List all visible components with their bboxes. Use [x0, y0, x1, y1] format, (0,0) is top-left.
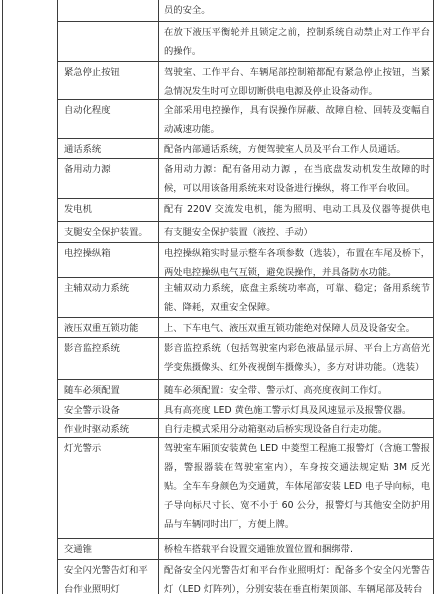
spec-label-cell: 作业时驱动系统	[58, 419, 159, 437]
spec-label-cell: 发电机	[58, 199, 159, 221]
document-page: 员的安全。在放下液压平衡轮并且锁定之前，控制系统自动禁止对工作平台的操作。紧急停…	[0, 0, 436, 594]
spec-desc-cell: 备用动力源：配有备用动力源 ，在当底盘发动机发生故障的时候，可以用该备用系统来对…	[159, 159, 433, 198]
table-row: 发电机配有 220V 交流发电机，能为照明、电动工具及仪器等提供电源。	[58, 199, 433, 222]
table-row: 作业时驱动系统自行走模式采用分动箱驱动后桥实现设备自行走功能。	[58, 419, 433, 438]
table-row: 液压双重互锁功能上、下车电气、液压双重互锁功能绝对保障人员及设备安全。	[58, 318, 433, 338]
spec-desc-cell: 影音监控系统（包括驾驶室内彩色液晶显示屏、平台上方高倍光学变焦摄像头、红外夜视倒…	[159, 338, 433, 379]
spec-desc-cell: 自行走模式采用分动箱驱动后桥实现设备自行走功能。	[159, 419, 433, 437]
spec-desc-cell: 上、下车电气、液压双重互锁功能绝对保障人员及设备安全。	[159, 318, 433, 337]
spec-label-cell: 影音监控系统	[58, 338, 159, 379]
table-row: 安全警示设备具有高亮度 LED 黄色施工警示灯具及风速显示及报警仪器。	[58, 400, 433, 419]
spec-label-cell: 交通锥	[58, 539, 159, 559]
spec-label-cell	[58, 22, 159, 61]
table-row: 支腿安全保护装置。有支腿安全保护装置（液控、手动）	[58, 222, 433, 243]
spec-desc-cell: 桥检车搭载平台设置交通锥放置位置和捆绑带.	[159, 539, 433, 559]
table-row: 备用动力源备用动力源：配有备用动力源 ，在当底盘发动机发生故障的时候，可以用该备…	[58, 159, 433, 199]
table-row: 员的安全。	[58, 0, 433, 22]
table-row: 影音监控系统影音监控系统（包括驾驶室内彩色液晶显示屏、平台上方高倍光学变焦摄像头…	[58, 338, 433, 380]
table-row: 安全闪光警告灯和平台作业照明灯配备安全闪光警告灯和平台作业照明灯：配备多个安全闪…	[58, 560, 433, 594]
spec-desc-cell: 具有高亮度 LED 黄色施工警示灯具及风速显示及报警仪器。	[159, 400, 433, 418]
spec-label-cell	[58, 0, 159, 21]
spec-desc-cell: 配备内部通话系统，方便驾驶室人员及平台工作人员通话。	[159, 139, 433, 158]
spec-desc-cell: 配备安全闪光警告灯和平台作业照明灯：配备多个安全闪光警告灯（LED 灯阵列），分…	[159, 560, 433, 594]
spec-table: 员的安全。在放下液压平衡轮并且锁定之前，控制系统自动禁止对工作平台的操作。紧急停…	[2, 0, 434, 594]
spec-desc-cell: 电控操纵箱实时显示整车各项参数（选装），布置在车尾及桥下，两处电控操纵电气互锁，…	[159, 243, 433, 277]
table-row: 在放下液压平衡轮并且锁定之前，控制系统自动禁止对工作平台的操作。	[58, 22, 433, 62]
spec-desc-cell: 在放下液压平衡轮并且锁定之前，控制系统自动禁止对工作平台的操作。	[159, 22, 433, 61]
table-row: 灯光警示驾驶室车厢顶安装黄色 LED 中菱型工程施工报警灯（含施工警报器，警报器…	[58, 438, 433, 539]
table-row: 紧急停止按钮驾驶室、工作平台、车辆尾部控制箱都配有紧急停止按钮，当紧急情况发生时…	[58, 62, 433, 100]
spec-label-cell: 通话系统	[58, 139, 159, 158]
merged-empty-cell	[3, 0, 58, 594]
spec-label-cell: 安全闪光警告灯和平台作业照明灯	[58, 560, 159, 594]
spec-desc-cell: 员的安全。	[159, 0, 433, 21]
spec-desc-cell: 主辅双动力系统，底盘主系统功率高，可靠、稳定；备用系统节能、降耗，双重安全保障。	[159, 278, 433, 317]
spec-label-cell: 安全警示设备	[58, 400, 159, 418]
spec-desc-cell: 有支腿安全保护装置（液控、手动）	[159, 222, 433, 242]
table-rows: 员的安全。在放下液压平衡轮并且锁定之前，控制系统自动禁止对工作平台的操作。紧急停…	[58, 0, 433, 594]
spec-desc-cell: 随车必须配置：安全带、警示灯、高亮度夜间工作灯。	[159, 380, 433, 399]
spec-label-cell: 随车必须配置	[58, 380, 159, 399]
spec-label-cell: 主辅双动力系统	[58, 278, 159, 317]
spec-desc-cell: 配有 220V 交流发电机，能为照明、电动工具及仪器等提供电源。	[159, 199, 433, 221]
spec-label-cell: 备用动力源	[58, 159, 159, 198]
spec-label-cell: 灯光警示	[58, 438, 159, 538]
spec-label-cell: 自动化程度	[58, 100, 159, 138]
spec-desc-cell: 驾驶室车厢顶安装黄色 LED 中菱型工程施工报警灯（含施工警报器，警报器装在驾驶…	[159, 438, 433, 538]
table-row: 主辅双动力系统主辅双动力系统，底盘主系统功率高，可靠、稳定；备用系统节能、降耗，…	[58, 278, 433, 318]
table-row: 自动化程度全部采用电控操作，具有误操作屏蔽、故障自检、回转及变幅自动减速功能。	[58, 100, 433, 139]
spec-label-cell: 电控操纵箱	[58, 243, 159, 277]
table-row: 随车必须配置随车必须配置：安全带、警示灯、高亮度夜间工作灯。	[58, 380, 433, 400]
spec-label-cell: 紧急停止按钮	[58, 62, 159, 99]
spec-desc-cell: 全部采用电控操作，具有误操作屏蔽、故障自检、回转及变幅自动减速功能。	[159, 100, 433, 138]
spec-label-cell: 液压双重互锁功能	[58, 318, 159, 337]
spec-label-cell: 支腿安全保护装置。	[58, 222, 159, 242]
spec-desc-cell: 驾驶室、工作平台、车辆尾部控制箱都配有紧急停止按钮，当紧急情况发生时可立即切断供…	[159, 62, 433, 99]
table-row: 交通锥桥检车搭载平台设置交通锥放置位置和捆绑带.	[58, 539, 433, 560]
table-row: 通话系统配备内部通话系统，方便驾驶室人员及平台工作人员通话。	[58, 139, 433, 159]
table-row: 电控操纵箱电控操纵箱实时显示整车各项参数（选装），布置在车尾及桥下，两处电控操纵…	[58, 243, 433, 278]
